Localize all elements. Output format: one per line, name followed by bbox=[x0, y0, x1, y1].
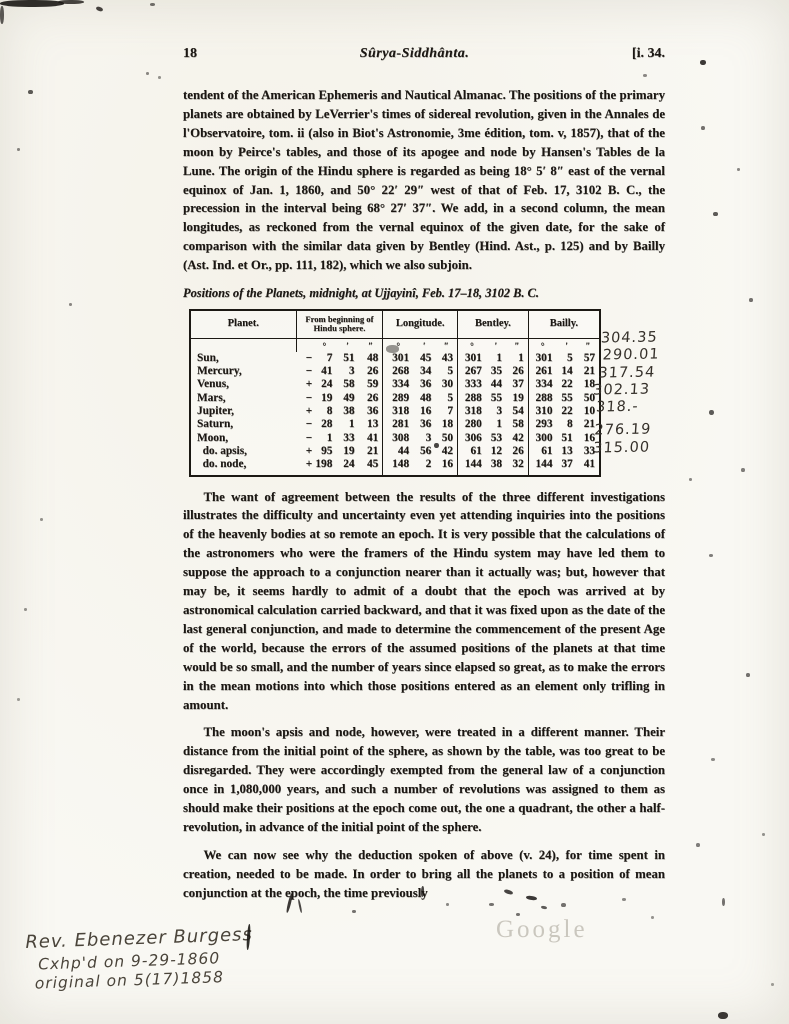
longitude-min-cell: 3 bbox=[413, 432, 435, 445]
ink-speckle bbox=[713, 212, 718, 216]
sphere-sec-cell: 26 bbox=[359, 392, 383, 405]
bentley-deg-cell: 318 bbox=[458, 405, 486, 418]
planet-name-cell: Jupiter, bbox=[191, 405, 296, 418]
bentley-deg-cell: 306 bbox=[458, 432, 486, 445]
sign-cell: − bbox=[296, 365, 312, 378]
sphere-deg-cell: 1 bbox=[312, 432, 336, 445]
bailly-min-cell: 5 bbox=[556, 352, 576, 365]
sphere-sec-cell: 41 bbox=[359, 432, 383, 445]
bailly-min-cell: 51 bbox=[556, 432, 576, 445]
longitude-deg-cell: 301 bbox=[383, 352, 413, 365]
ink-speckle bbox=[434, 443, 439, 448]
table-row: Saturn, − 28 1 13 281 36 18 280 1 58 293… bbox=[191, 418, 599, 431]
minute-symbol: ′ bbox=[556, 338, 576, 352]
table-row: Sun, − 7 51 48 301 45 43 301 1 1 301 5 5… bbox=[191, 352, 599, 365]
ink-speckle bbox=[696, 843, 700, 847]
sign-cell: − bbox=[296, 352, 312, 365]
bentley-min-cell: 53 bbox=[486, 432, 506, 445]
bentley-deg-cell: 61 bbox=[458, 445, 486, 458]
sphere-sec-cell: 45 bbox=[359, 458, 383, 474]
bentley-sec-cell: 58 bbox=[506, 418, 528, 431]
margin-annotation: 318.- bbox=[595, 399, 656, 417]
ink-speckle bbox=[24, 608, 27, 611]
blank-cell bbox=[191, 338, 296, 352]
bailly-deg-cell: 144 bbox=[528, 458, 556, 474]
sphere-sec-cell: 21 bbox=[359, 445, 383, 458]
sign-cell: − bbox=[296, 432, 312, 445]
ink-speckle bbox=[69, 303, 72, 306]
table-row: Venus, + 24 58 59 334 36 30 333 44 37 33… bbox=[191, 378, 599, 391]
longitude-min-cell: 48 bbox=[413, 392, 435, 405]
table-row: do. apsis, + 95 19 21 44 56 42 61 12 26 … bbox=[191, 445, 599, 458]
margin-annotation: 317.54 bbox=[598, 364, 659, 382]
longitude-deg-cell: 281 bbox=[383, 418, 413, 431]
minute-symbol: ′ bbox=[336, 338, 358, 352]
longitude-min-cell: 36 bbox=[413, 418, 435, 431]
table-row: Moon, − 1 33 41 308 3 50 306 53 42 300 5… bbox=[191, 432, 599, 445]
sphere-min-cell: 3 bbox=[336, 365, 358, 378]
sign-cell: + bbox=[296, 458, 312, 474]
google-watermark: Google bbox=[496, 916, 588, 944]
bentley-min-cell: 38 bbox=[486, 458, 506, 474]
sphere-deg-cell: 95 bbox=[312, 445, 336, 458]
bentley-min-cell: 44 bbox=[486, 378, 506, 391]
col-header-bentley: Bentley. bbox=[458, 311, 529, 338]
bentley-min-cell: 55 bbox=[486, 392, 506, 405]
handwritten-note: Rev. Ebenezer Burgess Cxhp'd on 9-29-186… bbox=[25, 924, 255, 993]
table-caption: Positions of the Planets, midnight, at U… bbox=[183, 284, 665, 303]
bailly-deg-cell: 261 bbox=[528, 365, 556, 378]
bentley-min-cell: 1 bbox=[486, 352, 506, 365]
bentley-deg-cell: 267 bbox=[458, 365, 486, 378]
bentley-min-cell: 1 bbox=[486, 418, 506, 431]
bailly-min-cell: 37 bbox=[556, 458, 576, 474]
bentley-sec-cell: 54 bbox=[506, 405, 528, 418]
longitude-sec-cell: 43 bbox=[435, 352, 457, 365]
bailly-min-cell: 55 bbox=[556, 392, 576, 405]
bailly-sec-cell: 41 bbox=[577, 458, 599, 474]
longitude-min-cell: 34 bbox=[413, 365, 435, 378]
section-ref: [i. 34. bbox=[632, 46, 665, 62]
bentley-deg-cell: 288 bbox=[458, 392, 486, 405]
bentley-sec-cell: 26 bbox=[506, 365, 528, 378]
bentley-min-cell: 12 bbox=[486, 445, 506, 458]
sphere-deg-cell: 28 bbox=[312, 418, 336, 431]
sphere-sec-cell: 48 bbox=[359, 352, 383, 365]
planet-name-cell: Mars, bbox=[191, 392, 296, 405]
bailly-min-cell: 22 bbox=[556, 378, 576, 391]
sphere-min-cell: 38 bbox=[336, 405, 358, 418]
paragraph-3: The moon's apsis and node, however, were… bbox=[183, 723, 665, 836]
ink-speckle bbox=[146, 72, 149, 75]
ink-speckle bbox=[28, 90, 33, 94]
sphere-deg-cell: 198 bbox=[312, 458, 336, 474]
ink-speckle bbox=[622, 898, 626, 901]
bentley-sec-cell: 19 bbox=[506, 392, 528, 405]
ink-speckle bbox=[58, 0, 84, 4]
degree-symbol: ° bbox=[528, 338, 556, 352]
longitude-deg-cell: 334 bbox=[383, 378, 413, 391]
ink-speckle bbox=[651, 916, 654, 919]
ink-speckle bbox=[17, 698, 20, 701]
paragraph-4: We can now see why the deduction spoken … bbox=[183, 846, 665, 903]
sign-cell: + bbox=[296, 405, 312, 418]
degree-symbol: ° bbox=[458, 338, 486, 352]
sphere-sec-cell: 26 bbox=[359, 365, 383, 378]
planet-name-cell: Sun, bbox=[191, 352, 296, 365]
ink-speckle bbox=[446, 903, 449, 906]
ink-speckle bbox=[762, 833, 765, 836]
longitude-min-cell: 45 bbox=[413, 352, 435, 365]
second-symbol: ″ bbox=[359, 338, 383, 352]
bentley-min-cell: 3 bbox=[486, 405, 506, 418]
margin-annotation: 315.00 bbox=[593, 439, 654, 457]
degree-symbol: ° bbox=[312, 338, 336, 352]
bailly-deg-cell: 61 bbox=[528, 445, 556, 458]
table-row: do. node, + 198 24 45 148 2 16 144 38 32… bbox=[191, 458, 599, 474]
planet-name-cell: do. apsis, bbox=[191, 445, 296, 458]
table-header-row: Planet. From beginning of Hindu sphere. … bbox=[191, 311, 599, 338]
sphere-min-cell: 51 bbox=[336, 352, 358, 365]
col-header-sphere: From beginning of Hindu sphere. bbox=[296, 311, 383, 338]
bailly-sec-cell: 57 bbox=[577, 352, 599, 365]
sphere-sec-cell: 59 bbox=[359, 378, 383, 391]
bentley-deg-cell: 144 bbox=[458, 458, 486, 474]
ink-speckle bbox=[701, 126, 705, 130]
longitude-sec-cell: 50 bbox=[435, 432, 457, 445]
ink-speckle bbox=[17, 148, 20, 151]
bentley-min-cell: 35 bbox=[486, 365, 506, 378]
sign-cell: + bbox=[296, 445, 312, 458]
longitude-sec-cell: 5 bbox=[435, 365, 457, 378]
bentley-deg-cell: 280 bbox=[458, 418, 486, 431]
minute-symbol: ′ bbox=[413, 338, 435, 352]
bailly-sec-cell: 21 bbox=[577, 365, 599, 378]
table-row: Jupiter, + 8 38 36 318 16 7 318 3 54 310… bbox=[191, 405, 599, 418]
ink-speckle bbox=[158, 76, 161, 79]
longitude-sec-cell: 18 bbox=[435, 418, 457, 431]
bentley-deg-cell: 301 bbox=[458, 352, 486, 365]
col-header-planet: Planet. bbox=[191, 311, 296, 338]
bentley-deg-cell: 333 bbox=[458, 378, 486, 391]
longitude-sec-cell: 7 bbox=[435, 405, 457, 418]
page-body: tendent of the American Ephemeris and Na… bbox=[183, 86, 665, 912]
bailly-deg-cell: 300 bbox=[528, 432, 556, 445]
col-header-longitude: Longitude. bbox=[383, 311, 458, 338]
bentley-sec-cell: 26 bbox=[506, 445, 528, 458]
longitude-min-cell: 56 bbox=[413, 445, 435, 458]
bailly-deg-cell: 301 bbox=[528, 352, 556, 365]
paragraph-2: The want of agreement between the result… bbox=[183, 488, 665, 715]
sphere-min-cell: 49 bbox=[336, 392, 358, 405]
sphere-min-cell: 24 bbox=[336, 458, 358, 474]
longitude-deg-cell: 308 bbox=[383, 432, 413, 445]
sphere-deg-cell: 8 bbox=[312, 405, 336, 418]
bailly-min-cell: 14 bbox=[556, 365, 576, 378]
ink-speckle bbox=[150, 3, 155, 6]
planet-name-cell: Moon, bbox=[191, 432, 296, 445]
longitude-deg-cell: 318 bbox=[383, 405, 413, 418]
ink-speckle bbox=[516, 913, 520, 916]
sphere-deg-cell: 19 bbox=[312, 392, 336, 405]
table-row: Mars, − 19 49 26 289 48 5 288 55 19 288 … bbox=[191, 392, 599, 405]
longitude-min-cell: 2 bbox=[413, 458, 435, 474]
longitude-deg-cell: 268 bbox=[383, 365, 413, 378]
longitude-deg-cell: 44 bbox=[383, 445, 413, 458]
sphere-deg-cell: 7 bbox=[312, 352, 336, 365]
ink-speckle bbox=[709, 554, 713, 557]
sphere-deg-cell: 24 bbox=[312, 378, 336, 391]
second-symbol: ″ bbox=[577, 338, 599, 352]
longitude-deg-cell: 148 bbox=[383, 458, 413, 474]
bentley-sec-cell: 32 bbox=[506, 458, 528, 474]
bailly-min-cell: 13 bbox=[556, 445, 576, 458]
ink-speckle bbox=[0, 0, 64, 7]
bailly-min-cell: 8 bbox=[556, 418, 576, 431]
sphere-min-cell: 58 bbox=[336, 378, 358, 391]
table-row: Mercury, − 41 3 26 268 34 5 267 35 26 26… bbox=[191, 365, 599, 378]
ink-speckle bbox=[386, 345, 399, 353]
sphere-min-cell: 1 bbox=[336, 418, 358, 431]
bailly-deg-cell: 334 bbox=[528, 378, 556, 391]
planet-name-cell: Saturn, bbox=[191, 418, 296, 431]
ink-speckle bbox=[643, 74, 647, 77]
planet-name-cell: Mercury, bbox=[191, 365, 296, 378]
sign-cell: + bbox=[296, 378, 312, 391]
second-symbol: ″ bbox=[506, 338, 528, 352]
planet-positions-table: Planet. From beginning of Hindu sphere. … bbox=[189, 309, 601, 477]
bailly-deg-cell: 310 bbox=[528, 405, 556, 418]
planet-name-cell: Venus, bbox=[191, 378, 296, 391]
ink-speckle bbox=[489, 903, 494, 906]
longitude-sec-cell: 5 bbox=[435, 392, 457, 405]
bailly-deg-cell: 293 bbox=[528, 418, 556, 431]
sphere-sec-cell: 36 bbox=[359, 405, 383, 418]
planet-name-cell: do. node, bbox=[191, 458, 296, 474]
page-header: 18 Sûrya-Siddhânta. [i. 34. bbox=[183, 46, 665, 62]
ink-speckle bbox=[749, 298, 753, 302]
ink-speckle bbox=[352, 910, 356, 913]
ink-speckle bbox=[746, 673, 750, 677]
bentley-sec-cell: 37 bbox=[506, 378, 528, 391]
ink-speckle bbox=[741, 468, 745, 472]
margin-annotation: 276.19 bbox=[594, 422, 655, 440]
ink-speckle bbox=[709, 410, 714, 415]
longitude-min-cell: 16 bbox=[413, 405, 435, 418]
bentley-sec-cell: 1 bbox=[506, 352, 528, 365]
sphere-min-cell: 19 bbox=[336, 445, 358, 458]
page-number: 18 bbox=[183, 46, 197, 62]
margin-annotation: 290.01 bbox=[602, 347, 660, 365]
ink-speckle bbox=[561, 903, 566, 907]
ink-speckle bbox=[96, 6, 104, 12]
minute-symbol: ′ bbox=[486, 338, 506, 352]
col-header-bailly: Bailly. bbox=[528, 311, 599, 338]
longitude-sec-cell: 30 bbox=[435, 378, 457, 391]
longitude-sec-cell: 16 bbox=[435, 458, 457, 474]
bailly-deg-cell: 288 bbox=[528, 392, 556, 405]
scanned-page: 18 Sûrya-Siddhânta. [i. 34. tendent of t… bbox=[0, 0, 789, 1024]
ink-speckle bbox=[711, 758, 715, 761]
longitude-deg-cell: 289 bbox=[383, 392, 413, 405]
paragraph-1: tendent of the American Ephemeris and Na… bbox=[183, 86, 665, 275]
second-symbol: ″ bbox=[435, 338, 457, 352]
ink-speckle bbox=[737, 168, 740, 171]
sphere-min-cell: 33 bbox=[336, 432, 358, 445]
blank-cell bbox=[296, 338, 312, 352]
sign-cell: − bbox=[296, 418, 312, 431]
sphere-sec-cell: 13 bbox=[359, 418, 383, 431]
ink-speckle bbox=[771, 983, 774, 986]
ink-speckle bbox=[700, 60, 706, 65]
bentley-sec-cell: 42 bbox=[506, 432, 528, 445]
running-title: Sûrya-Siddhânta. bbox=[360, 46, 470, 62]
ink-speckle bbox=[722, 898, 725, 906]
margin-annotation: 302.13 bbox=[593, 381, 658, 399]
ink-speckle bbox=[689, 478, 692, 481]
ink-speckle bbox=[718, 1012, 728, 1019]
sign-cell: − bbox=[296, 392, 312, 405]
longitude-min-cell: 36 bbox=[413, 378, 435, 391]
ink-speckle bbox=[0, 6, 4, 24]
margin-annotation: 304.35 bbox=[600, 329, 661, 347]
bailly-min-cell: 22 bbox=[556, 405, 576, 418]
sphere-deg-cell: 41 bbox=[312, 365, 336, 378]
ink-speckle bbox=[40, 518, 43, 521]
handwritten-margin-values: 304.35290.01317.54302.13318.-276.19315.0… bbox=[593, 329, 662, 457]
